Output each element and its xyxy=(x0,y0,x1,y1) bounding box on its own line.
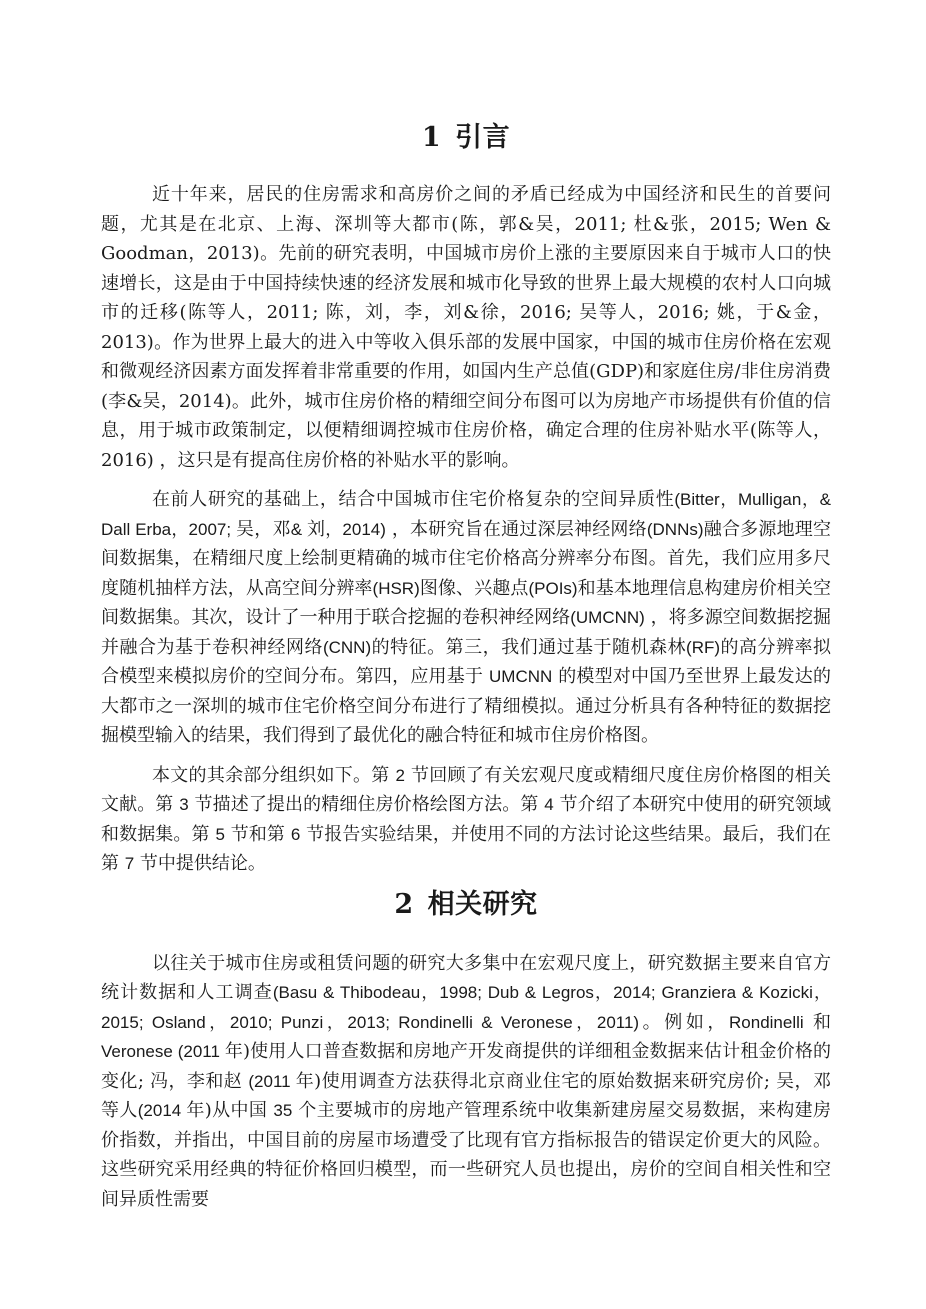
document-page: 1引言 近十年来，居民的住房需求和高房价之间的矛盾已经成为中国经济和民生的首要问… xyxy=(0,0,926,1309)
text-segment: 35 xyxy=(273,1101,292,1120)
text-segment: 4 xyxy=(544,795,553,814)
page-content: 1引言 近十年来，居民的住房需求和高房价之间的矛盾已经成为中国经济和民生的首要问… xyxy=(0,0,926,1214)
text-segment: 本文的其余部分组织如下。第 xyxy=(152,765,396,786)
text-segment: ，本研究旨在通过深层神经网络 xyxy=(386,519,647,540)
text-segment: UMCNN xyxy=(489,667,552,686)
text-segment: 2 xyxy=(396,766,405,785)
text-segment: 在前人研究的基础上，结合中国城市住宅价格复杂的空间异质性 xyxy=(152,489,674,510)
text-segment: 。例如， xyxy=(639,1012,729,1033)
text-segment: 和 xyxy=(804,1012,831,1033)
text-segment: ，2014) xyxy=(325,520,386,539)
text-segment: 刘 xyxy=(307,519,325,540)
text-segment: 节中提供结论。 xyxy=(134,853,266,874)
text-segment: 节和第 xyxy=(225,824,291,845)
text-segment: Veronese (2011 xyxy=(101,1042,225,1061)
section-2-heading: 2相关研究 xyxy=(101,889,831,921)
text-segment: 吴，邓 xyxy=(236,519,291,540)
text-segment: (2011 xyxy=(248,1072,295,1091)
text-segment: 节描述了提出的精细住房价格绘图方法。第 xyxy=(189,794,545,815)
intro-paragraph-2: 在前人研究的基础上，结合中国城市住宅价格复杂的空间异质性(Bitter，Mull… xyxy=(101,485,831,751)
text-segment: (RF) xyxy=(686,638,720,657)
text-segment: (DNNs) xyxy=(647,520,704,539)
related-work-paragraph-1: 以往关于城市住房或租赁问题的研究大多集中在宏观尺度上，研究数据主要来自官方统计数… xyxy=(101,949,831,1215)
section-1-heading: 1引言 xyxy=(101,122,831,154)
text-segment: 3 xyxy=(179,795,188,814)
section-1-title: 引言 xyxy=(455,122,510,153)
text-segment: (2014 xyxy=(138,1101,187,1120)
text-segment: & xyxy=(291,520,307,539)
text-segment: 近十年来，居民的住房需求和高房价之间的矛盾已经成为中国经济和民生的首要问题，尤其… xyxy=(101,184,831,471)
text-segment: 6 xyxy=(291,825,300,844)
text-segment: 7 xyxy=(125,854,134,873)
text-segment: Rondinelli xyxy=(729,1013,804,1032)
text-segment: 图像、兴趣点 xyxy=(420,578,529,599)
section-2-title: 相关研究 xyxy=(428,889,538,920)
text-segment: (HSR) xyxy=(373,579,420,598)
section-1-number: 1 xyxy=(422,122,441,153)
text-segment: 5 xyxy=(215,825,224,844)
intro-paragraph-1: 近十年来，居民的住房需求和高房价之间的矛盾已经成为中国经济和民生的首要问题，尤其… xyxy=(101,180,831,475)
text-segment: (UMCNN) xyxy=(570,608,645,627)
text-segment: 年)从中国 xyxy=(186,1100,273,1121)
section-2-number: 2 xyxy=(394,889,413,920)
intro-paragraph-3: 本文的其余部分组织如下。第 2 节回顾了有关宏观尺度或精细尺度住房价格图的相关文… xyxy=(101,761,831,879)
text-segment: (CNN) xyxy=(323,638,371,657)
text-segment: 的特征。第三，我们通过基于随机森林 xyxy=(371,637,686,658)
text-segment: (POIs) xyxy=(528,579,577,598)
